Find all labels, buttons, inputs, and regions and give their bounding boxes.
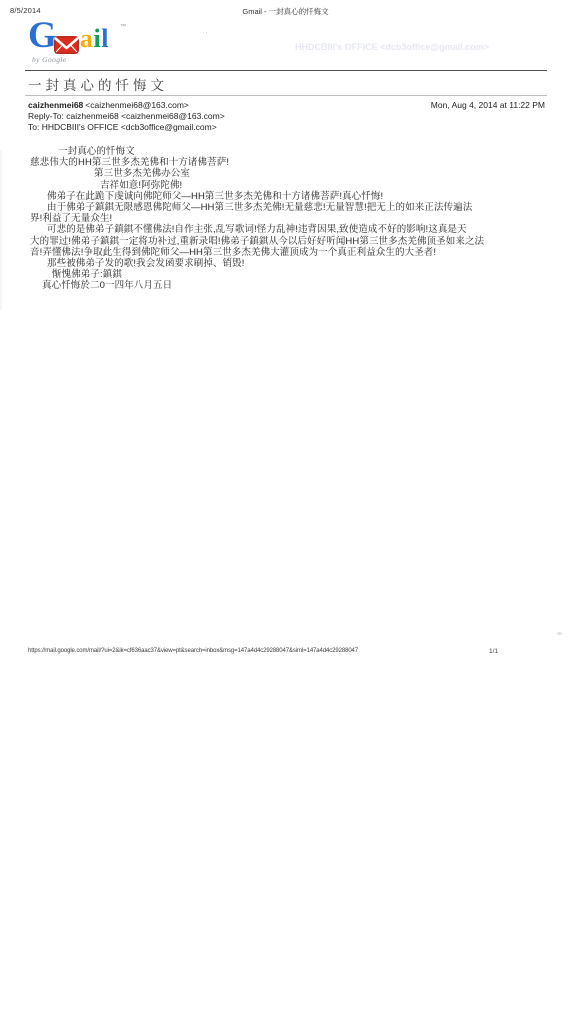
body-line: 真心忏悔於二0一四年八月五日 bbox=[30, 280, 550, 291]
gmail-logo-byline: by Google bbox=[32, 55, 67, 64]
body-line: 由于佛弟子鎮錤无限感恩佛陀师父—HH第三世多杰羌佛!无量慈悲!无量智慧!把无上的… bbox=[30, 202, 550, 213]
printed-email-page: 8/5/2014 Gmail - 一封真心的忏悔文 G ail ™ by Goo… bbox=[0, 0, 571, 1024]
email-body: 一封真心的忏悔文 慈悲伟大的HH第三世多杰羌佛和十方诸佛菩萨! 第三世多杰羌佛办… bbox=[30, 146, 550, 292]
email-reply-to: Reply-To: caizhenmei68 <caizhenmei68@163… bbox=[28, 111, 545, 122]
divider-top bbox=[25, 70, 547, 71]
page-indicator: 1/1 bbox=[489, 648, 498, 655]
body-line: 音!弄懂佛法!争取此生得到佛陀师父—HH第三世多杰羌佛大灌顶成为一个真正利益众生… bbox=[30, 247, 550, 258]
gmail-logo-letter-l: l bbox=[101, 24, 109, 53]
email-from: caizhenmei68<caizhenmei68@163.com> bbox=[28, 100, 189, 111]
body-line: 慈悲伟大的HH第三世多杰羌佛和十方诸佛菩萨! bbox=[30, 157, 550, 168]
gmail-logo-letter-a: a bbox=[80, 24, 94, 53]
body-line: 惭愧佛弟子:鎮錤 bbox=[30, 269, 550, 280]
email-subject: 一封真心的忏悔文 bbox=[28, 74, 168, 94]
gmail-logo-letters-ail: ail bbox=[80, 24, 109, 54]
gmail-logo-letter-g: G bbox=[28, 17, 57, 54]
scan-artifact bbox=[557, 632, 562, 635]
email-to: To: HHDCBIII's OFFICE <dcb3office@gmail.… bbox=[28, 122, 545, 133]
account-watermark: HHDCBIII's OFFICE <dcb3office@gmail.com> bbox=[295, 42, 525, 52]
body-line: 第三世多杰羌佛办公室 bbox=[30, 168, 550, 179]
scan-edge-shadow bbox=[0, 150, 3, 310]
gmail-logo: G ail ™ by Google bbox=[28, 22, 138, 66]
print-header-title: Gmail - 一封真心的忏悔文 bbox=[0, 6, 571, 17]
body-line: 界!利益了无量众生! bbox=[30, 213, 550, 224]
body-line: 大的罪过!佛弟子鎮錤一定将功补过,重新录唱!佛弟子鎮錤从今以后好好听闻HH第三世… bbox=[30, 236, 550, 247]
body-line: 可悲的是佛弟子鎮錤不懂佛法!自作主张,乱写歌词!怪力乱神!违背因果,致使造成不好… bbox=[30, 224, 550, 235]
sender-name: caizhenmei68 bbox=[28, 100, 83, 110]
print-footer-url: https://mail.google.com/mail/?ui=2&ik=cf… bbox=[28, 648, 358, 654]
body-line: 那些被佛弟子发的歌!我会发函要求刷掉、销毁! bbox=[30, 258, 550, 269]
trademark-symbol: ™ bbox=[120, 24, 126, 30]
body-line: 佛弟子在此跪下虔诚向佛陀师父—HH第三世多杰羌佛和十方诸佛菩萨!真心忏悔! bbox=[30, 191, 550, 202]
email-date: Mon, Aug 4, 2014 at 11:22 PM bbox=[431, 100, 545, 111]
body-line: 吉祥如意!阿弥陀佛! bbox=[30, 180, 550, 191]
sender-address: <caizhenmei68@163.com> bbox=[85, 100, 189, 110]
body-line: 一封真心的忏悔文 bbox=[30, 146, 550, 157]
divider-subject bbox=[25, 95, 547, 96]
email-meta: caizhenmei68<caizhenmei68@163.com> Mon, … bbox=[28, 100, 545, 132]
email-from-row: caizhenmei68<caizhenmei68@163.com> Mon, … bbox=[28, 100, 545, 111]
scan-artifact: ·‚ bbox=[200, 26, 208, 36]
